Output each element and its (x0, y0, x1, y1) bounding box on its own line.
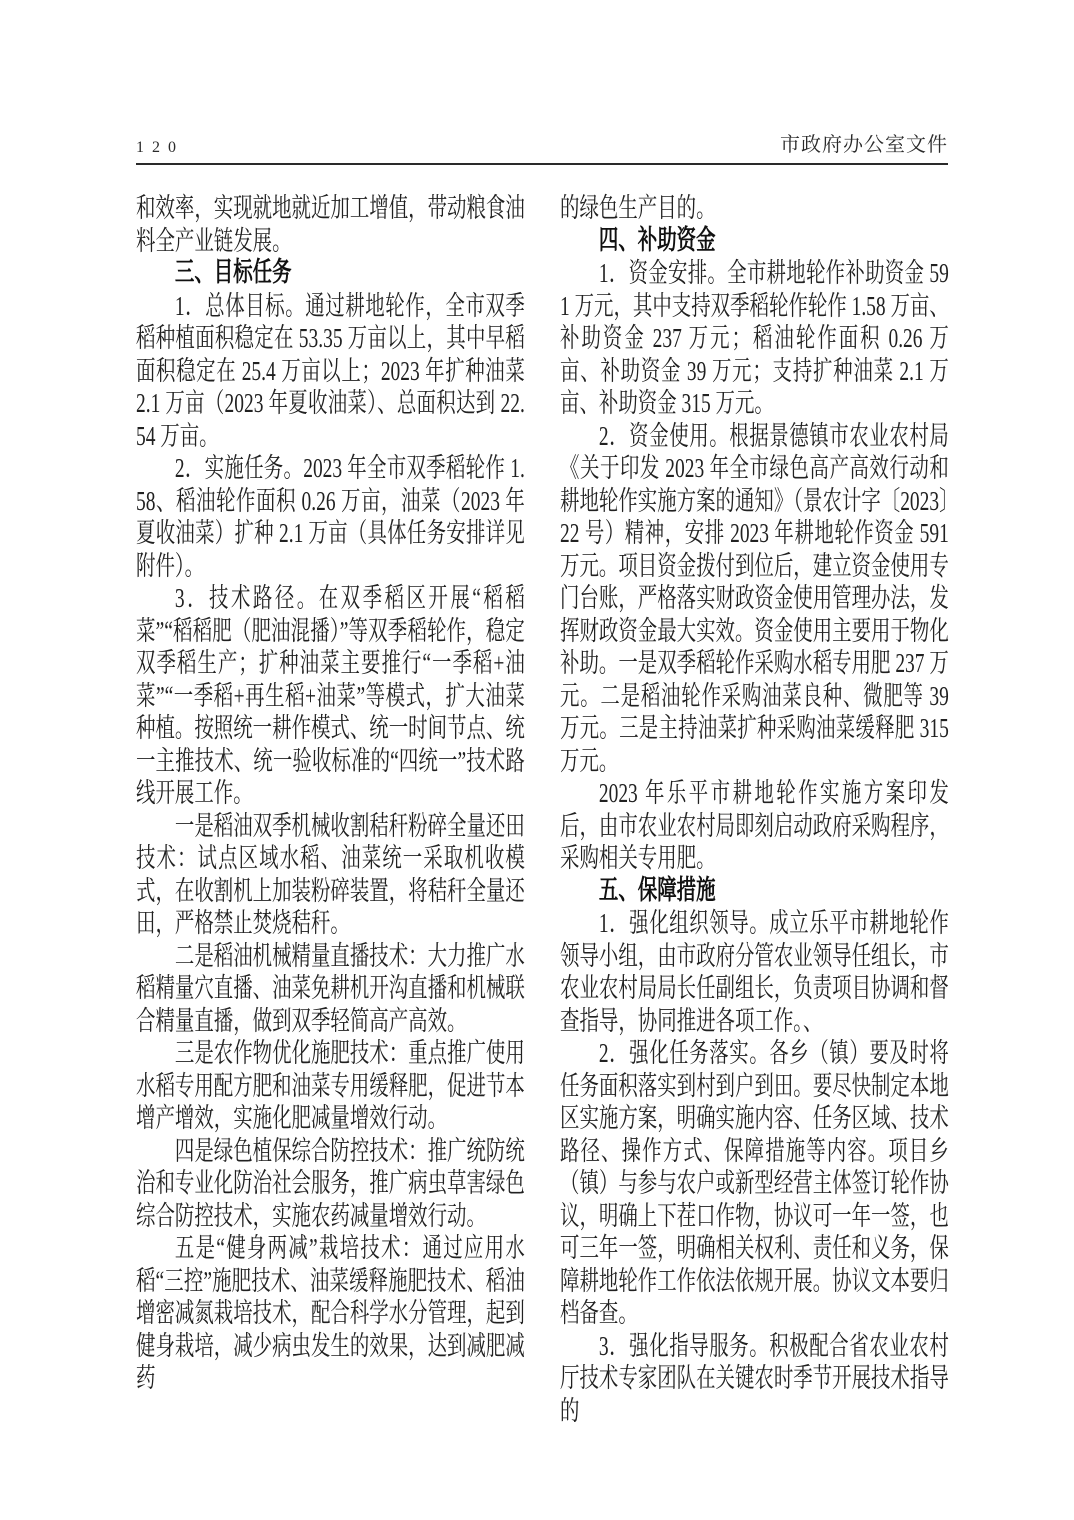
text-column-right: 的绿色生产目的。四、补助资金1．资金安排。全市耕地轮作补助资金 591 万元，其… (560, 192, 949, 1427)
paragraph: 3．技术路径。在双季稻区开展“稻稻菜”“稻稻肥（肥油混播）”等双季稻轮作，稳定双… (136, 582, 525, 810)
paragraph: 和效率，实现就地就近加工增值，带动粮食油料全产业链发展。 (136, 192, 525, 257)
page-number: 1 2 0 (136, 139, 178, 157)
header-doc-label: 市政府办公室文件 (780, 128, 948, 157)
paragraph: 二是稻油机械精量直播技术：大力推广水稻精量穴直播、油菜免耕机开沟直播和机械联合精… (136, 940, 525, 1038)
paragraph: 五是“健身两减”栽培技术：通过应用水稻“三控”施肥技术、油菜缓释施肥技术、稻油增… (136, 1232, 525, 1395)
paragraph: 的绿色生产目的。 (560, 192, 949, 225)
paragraph: 3．强化指导服务。积极配合省农业农村厅技术专家团队在关键农时季节开展技术指导的 (560, 1330, 949, 1428)
paragraph: 三是农作物优化施肥技术：重点推广使用水稻专用配方肥和油菜专用缓释肥，促进节本增产… (136, 1037, 525, 1135)
paragraph: 2．强化任务落实。各乡（镇）要及时将任务面积落实到村到户到田。要尽快制定本地区实… (560, 1037, 949, 1330)
paragraph: 1．资金安排。全市耕地轮作补助资金 591 万元，其中支持双季稻轮作轮作 1.5… (560, 257, 949, 420)
paragraph: 2．资金使用。根据景德镇市农业农村局《关于印发 2023 年全市绿色高产高效行动… (560, 420, 949, 778)
section-heading: 四、补助资金 (560, 225, 949, 258)
document-page: 1 2 0 市政府办公室文件 和效率，实现就地就近加工增值，带动粮食油料全产业链… (0, 0, 1074, 1520)
section-heading: 三、目标任务 (136, 257, 525, 290)
paragraph: 2．实施任务。2023 年全市双季稻轮作 1.58、稻油轮作面积 0.26 万亩… (136, 452, 525, 582)
paragraph: 1．强化组织领导。成立乐平市耕地轮作领导小组，由市政府分管农业领导任组长，市农业… (560, 907, 949, 1037)
paragraph: 四是绿色植保综合防控技术：推广统防统治和专业化防治社会服务，推广病虫草害绿色综合… (136, 1135, 525, 1233)
paragraph: 一是稻油双季机械收割秸秆粉碎全量还田技术：试点区域水稻、油菜统一采取机收模式，在… (136, 810, 525, 940)
text-column-left: 和效率，实现就地就近加工增值，带动粮食油料全产业链发展。三、目标任务1．总体目标… (136, 192, 525, 1395)
page-header: 1 2 0 市政府办公室文件 (136, 128, 948, 165)
section-heading: 五、保障措施 (560, 875, 949, 908)
paragraph: 2023 年乐平市耕地轮作实施方案印发后，由市农业农村局即刻启动政府采购程序，采… (560, 777, 949, 875)
paragraph: 1．总体目标。通过耕地轮作，全市双季稻种植面积稳定在 53.35 万亩以上，其中… (136, 290, 525, 453)
